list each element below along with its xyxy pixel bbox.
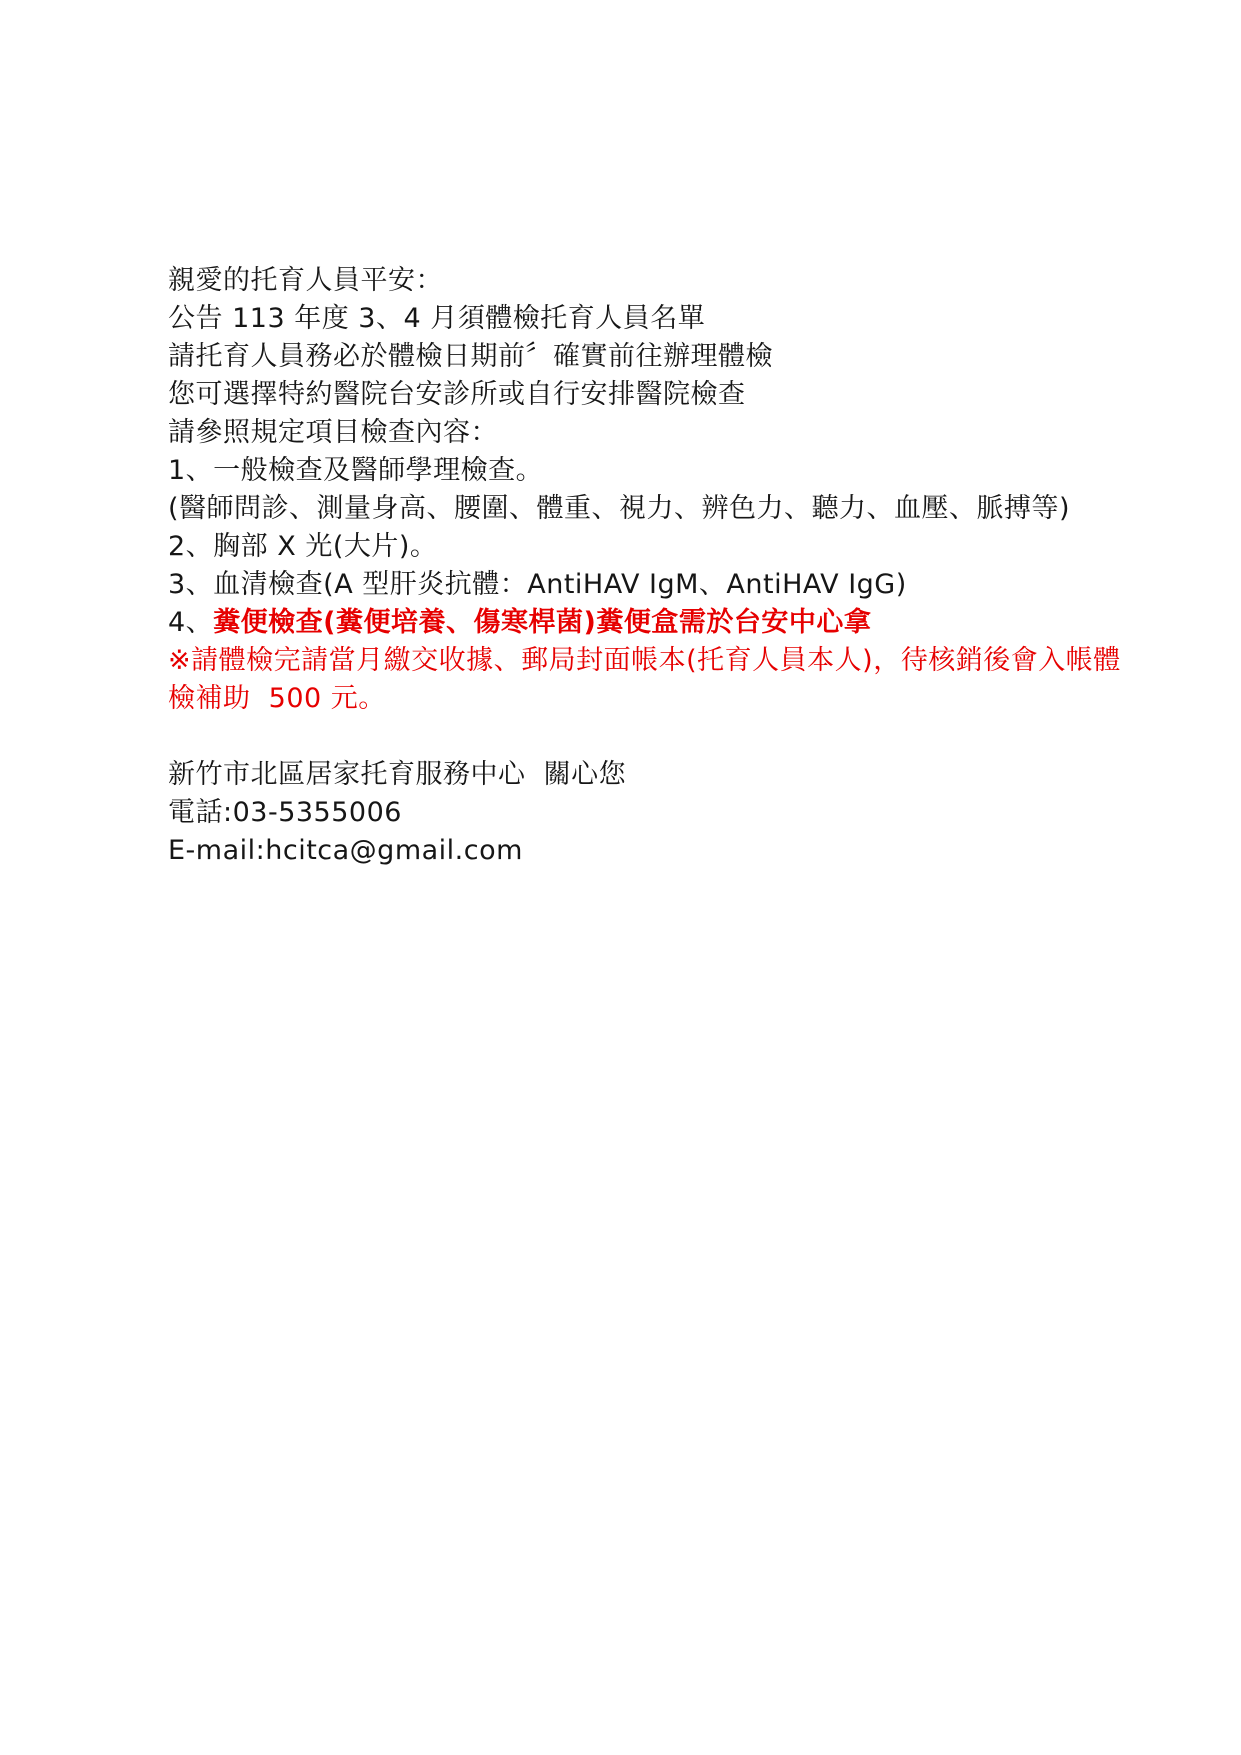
reimbursement-note-line-2: 檢補助 500 元。 bbox=[168, 680, 1178, 718]
phone-line: 電話:03-5355006 bbox=[168, 794, 1178, 832]
instruction-attend-line: 請托育人員務必於體檢日期前〞確實前往辦理體檢 bbox=[168, 338, 1178, 376]
document-page: 親愛的托育人員平安： 公告 113 年度 3、4 月須體檢托育人員名單 請托育人… bbox=[0, 0, 1241, 1755]
greeting-line: 親愛的托育人員平安： bbox=[168, 262, 1178, 300]
reimbursement-note-line-1: ※請體檢完請當月繳交收據、郵局封面帳本(托育人員本人)，待核銷後會入帳體 bbox=[168, 642, 1178, 680]
letter-body: 親愛的托育人員平安： 公告 113 年度 3、4 月須體檢托育人員名單 請托育人… bbox=[168, 262, 1178, 870]
instruction-refer-line: 請參照規定項目檢查內容： bbox=[168, 414, 1178, 452]
signature-line: 新竹市北區居家托育服務中心 關心您 bbox=[168, 756, 1178, 794]
checkup-item-1-detail: (醫師問診、測量身高、腰圍、體重、視力、辨色力、聽力、血壓、脈搏等) bbox=[168, 490, 1178, 528]
blank-line bbox=[168, 718, 1178, 756]
checkup-item-1: 1、一般檢查及醫師學理檢查。 bbox=[168, 452, 1178, 490]
checkup-item-4: 4、糞便檢查(糞便培養、傷寒桿菌)糞便盒需於台安中心拿 bbox=[168, 604, 1178, 642]
email-line: E-mail:hcitca@gmail.com bbox=[168, 832, 1178, 870]
checkup-item-3: 3、血清檢查(A 型肝炎抗體：AntiHAV IgM、AntiHAV IgG) bbox=[168, 566, 1178, 604]
checkup-item-4-red-text: 糞便檢查(糞便培養、傷寒桿菌)糞便盒需於台安中心拿 bbox=[213, 607, 871, 638]
announcement-line: 公告 113 年度 3、4 月須體檢托育人員名單 bbox=[168, 300, 1178, 338]
instruction-hospital-line: 您可選擇特約醫院台安診所或自行安排醫院檢查 bbox=[168, 376, 1178, 414]
checkup-item-4-number: 4、 bbox=[168, 607, 213, 638]
checkup-item-2: 2、胸部 X 光(大片)。 bbox=[168, 528, 1178, 566]
